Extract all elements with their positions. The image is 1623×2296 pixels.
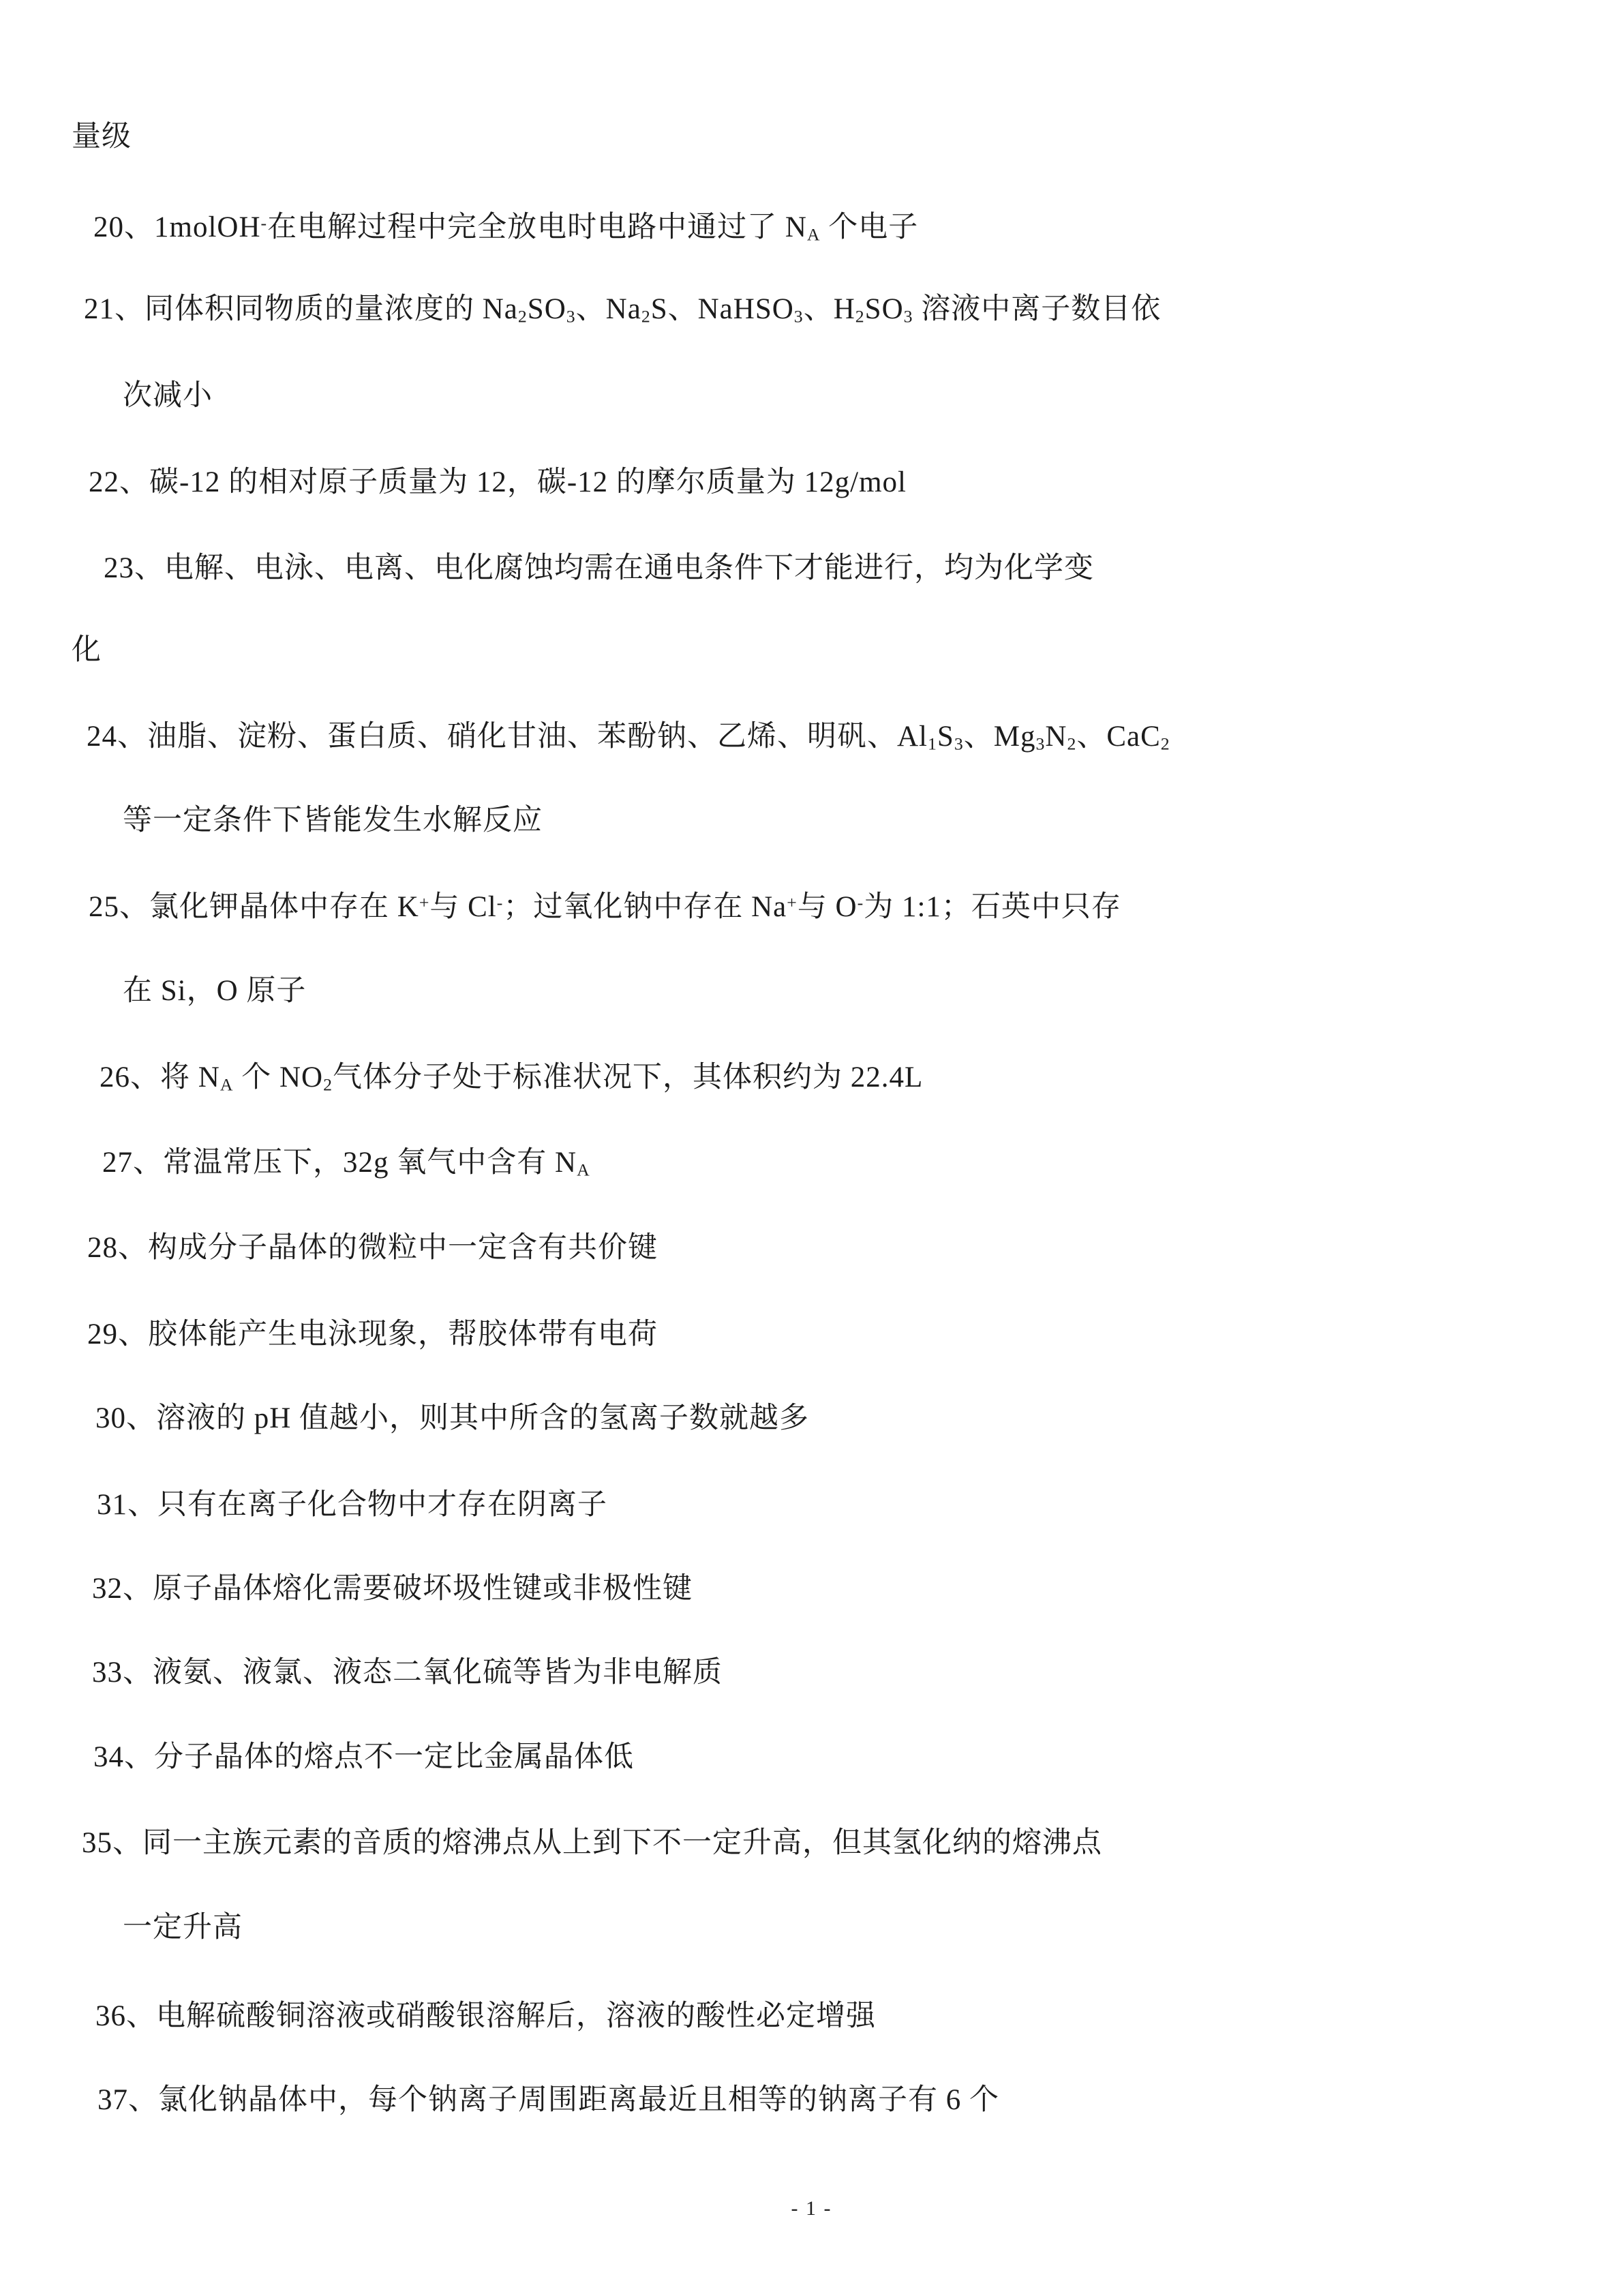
page-heading: 量级 xyxy=(72,122,132,151)
item-31: 31、只有在离子化合物中才存在阴离子 xyxy=(97,1490,607,1520)
item-25-cont: 在 Si，O 原子 xyxy=(123,976,306,1006)
item-20: 20、1molOH-在电解过程中完全放电时电路中通过了 NA 个电子 xyxy=(93,213,918,242)
item-26: 26、将 NA 个 NO2气体分子处于标准状况下，其体积约为 22.4L xyxy=(100,1063,923,1092)
item-35-cont: 一定升高 xyxy=(123,1913,243,1942)
item-22: 22、碳-12 的相对原子质量为 12，碳-12 的摩尔质量为 12g/mol xyxy=(89,468,907,497)
item-30: 30、溶液的 pH 值越小，则其中所含的氢离子数就越多 xyxy=(95,1404,809,1433)
item-23: 23、电解、电泳、电离、电化腐蚀均需在通电条件下才能进行，均为化学变 xyxy=(104,554,1094,583)
item-33: 33、液氨、液氯、液态二氧化硫等皆为非电解质 xyxy=(92,1658,723,1687)
item-24-cont: 等一定条件下皆能发生水解反应 xyxy=(123,806,543,835)
item-28: 28、构成分子晶体的微粒中一定含有共价键 xyxy=(87,1233,658,1263)
item-21: 21、同体积同物质的量浓度的 Na2SO3、Na2S、NaHSO3、H2SO3 … xyxy=(84,294,1161,324)
item-27: 27、常温常压下，32g 氧气中含有 NA xyxy=(102,1148,590,1177)
page-number: - 1 - xyxy=(0,2199,1623,2219)
item-32: 32、原子晶体熔化需要破坏圾性键或非极性键 xyxy=(92,1574,693,1603)
item-24: 24、油脂、淀粉、蛋白质、硝化甘油、苯酚钠、乙烯、明矾、Al1S3、Mg3N2、… xyxy=(87,722,1170,751)
item-34: 34、分子晶体的熔点不一定比金属晶体低 xyxy=(93,1742,634,1772)
item-35: 35、同一主族元素的音质的熔沸点从上到下不一定升高，但其氢化纳的熔沸点 xyxy=(82,1828,1102,1858)
document-page: 量级20、1molOH-在电解过程中完全放电时电路中通过了 NA 个电子21、同… xyxy=(0,0,1623,2296)
item-23-cont: 化 xyxy=(72,635,102,665)
item-25: 25、氯化钾晶体中存在 K+与 Cl-；过氧化钠中存在 Na+与 O-为 1:1… xyxy=(89,892,1121,922)
item-29: 29、胶体能产生电泳现象，帮胶体带有电荷 xyxy=(87,1320,658,1349)
item-36: 36、电解硫酸铜溶液或硝酸银溶解后，溶液的酸性必定增强 xyxy=(95,2002,876,2031)
item-21-cont: 次减小 xyxy=(123,381,213,410)
item-37: 37、氯化钠晶体中，每个钠离子周围距离最近且相等的钠离子有 6 个 xyxy=(97,2085,999,2115)
